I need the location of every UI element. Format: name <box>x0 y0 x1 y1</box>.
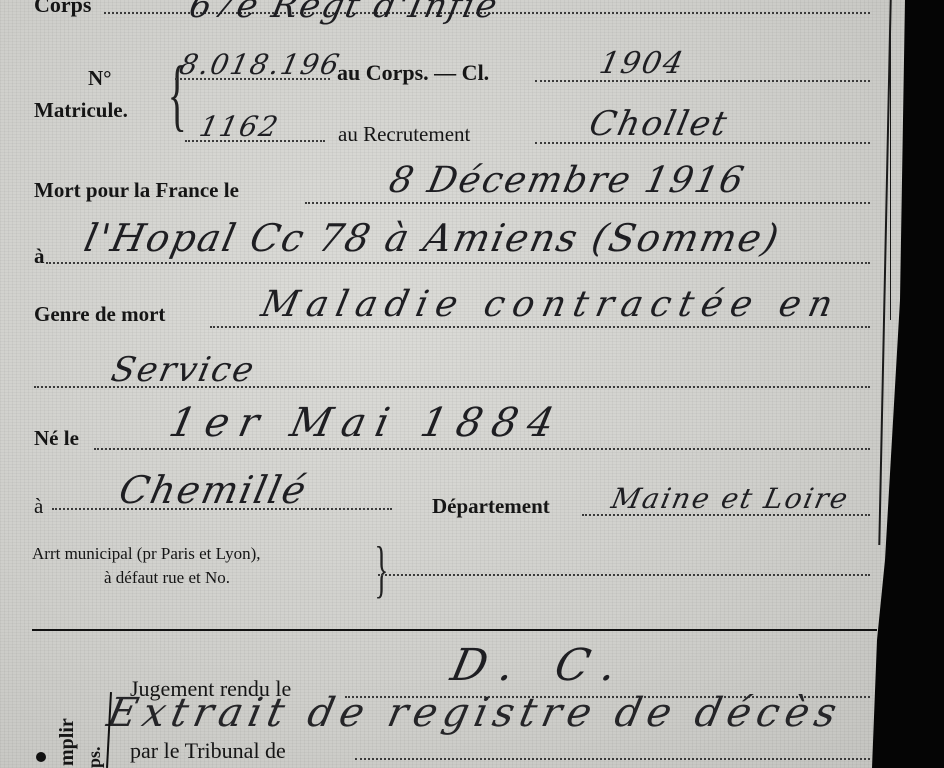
label-lieu-naissance: à <box>34 494 43 519</box>
value-matricule-recrutement: 1162 <box>196 110 282 143</box>
label-lieu-deces: à <box>34 244 45 269</box>
label-no: N° <box>88 66 112 91</box>
dotted-line <box>355 758 870 760</box>
dotted-line <box>94 448 870 450</box>
side-label-mplir: mplir <box>56 718 79 766</box>
brace-arrondissement: } <box>374 532 388 606</box>
dotted-line <box>46 262 870 264</box>
label-arrondissement-2: à défaut rue et No. <box>104 568 230 588</box>
value-lieu-deces: l'Hopal Cc 78 à Amiens (Somme) <box>80 216 784 260</box>
label-corps: Corps <box>34 0 91 18</box>
bullet-dot <box>36 752 46 762</box>
value-classe: 1904 <box>596 46 688 81</box>
value-lieu-naissance: Chemillé <box>115 468 311 512</box>
side-label-ps: ps. <box>84 746 105 768</box>
value-date-deces: 8 Décembre 1916 <box>386 160 749 201</box>
value-jugement-annotation: D. C. <box>447 640 636 691</box>
frame-border-line <box>890 0 891 320</box>
dotted-line <box>535 80 870 82</box>
separator-rule <box>32 629 877 631</box>
label-matricule: Matricule. <box>34 98 128 123</box>
label-genre-de-mort: Genre de mort <box>34 302 165 327</box>
value-matricule-corps: 8.018.196 <box>176 48 344 81</box>
dotted-line <box>378 574 870 576</box>
value-recrutement-place: Chollet <box>586 104 732 144</box>
label-departement: Département <box>432 494 550 519</box>
value-date-naissance: 1er Mai 1884 <box>165 400 568 446</box>
label-mort-pour-la-france: Mort pour la France le <box>34 178 239 203</box>
label-au-corps: au Corps. — Cl. <box>337 60 489 86</box>
value-genre-de-mort-line2: Service <box>108 350 259 390</box>
value-genre-de-mort: Maladie contractée en <box>258 284 845 325</box>
dotted-line <box>210 326 870 328</box>
value-corps: 67e Régt d'Infie <box>186 0 503 26</box>
label-arrondissement-1: Arrt municipal (pr Paris et Lyon), <box>32 544 261 564</box>
label-au-recrutement: au Recrutement <box>338 122 470 147</box>
dotted-line <box>305 202 870 204</box>
label-ne-le: Né le <box>34 426 79 451</box>
value-extrait-overwrite: Extrait de registre de décès <box>103 690 846 736</box>
document-paper: Corps 67e Régt d'Infie N° Matricule. { 8… <box>0 0 905 768</box>
label-tribunal: par le Tribunal de <box>130 738 286 764</box>
value-departement: Maine et Loire <box>608 482 852 515</box>
